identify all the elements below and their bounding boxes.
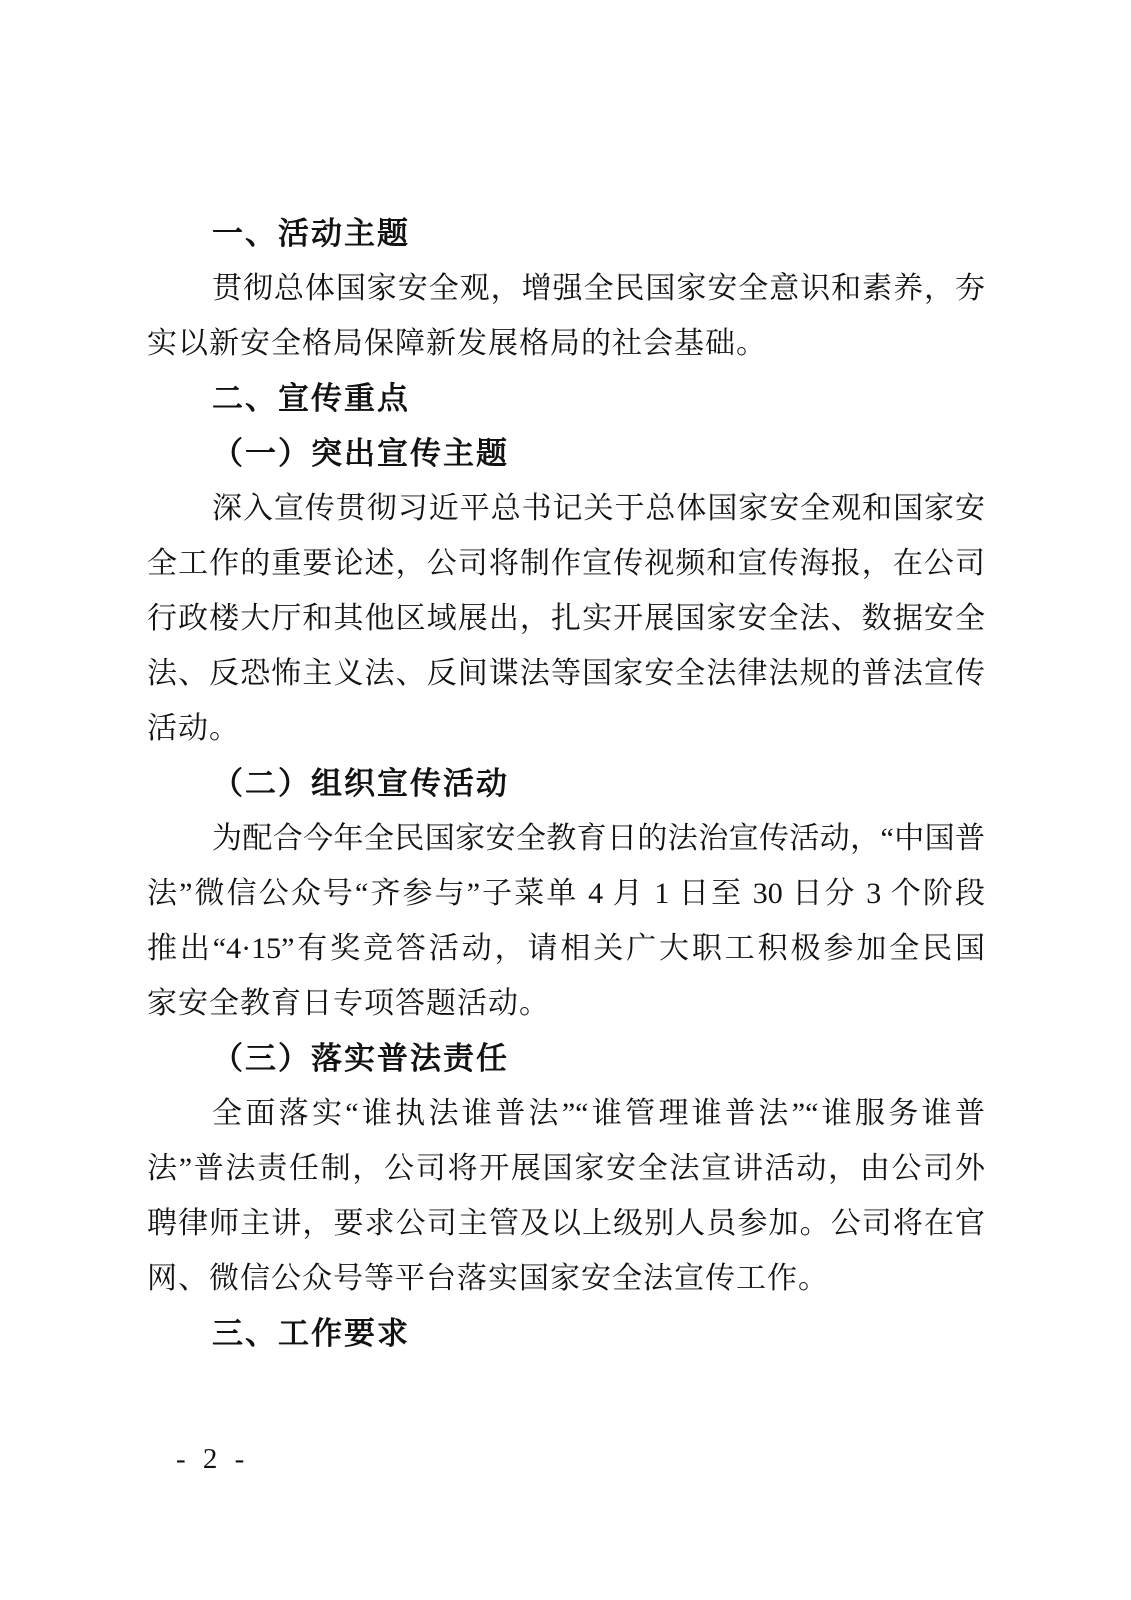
text-line: 贯彻总体国家安全观，增强全民国家安全意识和素养，夯 [147,261,985,316]
text-line: 法”普法责任制，公司将开展国家安全法宣讲活动，由公司外 [147,1141,985,1196]
paragraph: 贯彻总体国家安全观，增强全民国家安全意识和素养，夯实以新安全格局保障新发展格局的… [147,261,985,371]
text-line: 为配合今年全民国家安全教育日的法治宣传活动，“中国普 [147,811,985,866]
paragraph: 为配合今年全民国家安全教育日的法治宣传活动，“中国普法”微信公众号“齐参与”子菜… [147,811,985,1031]
text-line: 实以新安全格局保障新发展格局的社会基础。 [147,316,985,371]
sub-section-heading: （二）组织宣传活动 [147,756,985,811]
section-heading: 一、活动主题 [147,206,985,261]
document-page: 一、活动主题贯彻总体国家安全观，增强全民国家安全意识和素养，夯实以新安全格局保障… [0,0,1131,1600]
text-line: 深入宣传贯彻习近平总书记关于总体国家安全观和国家安 [147,481,985,536]
sub-section-heading: （三）落实普法责任 [147,1031,985,1086]
paragraph: 全面落实“谁执法谁普法”“谁管理谁普法”“谁服务谁普法”普法责任制，公司将开展国… [147,1086,985,1306]
document-body: 一、活动主题贯彻总体国家安全观，增强全民国家安全意识和素养，夯实以新安全格局保障… [147,206,985,1361]
text-line: 行政楼大厅和其他区域展出，扎实开展国家安全法、数据安全 [147,591,985,646]
section-heading: 三、工作要求 [147,1306,985,1361]
text-line: 法、反恐怖主义法、反间谍法等国家安全法律法规的普法宣传 [147,646,985,701]
text-line: 全工作的重要论述，公司将制作宣传视频和宣传海报，在公司 [147,536,985,591]
sub-section-heading: （一）突出宣传主题 [147,426,985,481]
text-line: 法”微信公众号“齐参与”子菜单 4 月 1 日至 30 日分 3 个阶段 [147,866,985,921]
page-number: - 2 - [176,1442,249,1476]
text-line: 家安全教育日专项答题活动。 [147,976,985,1031]
text-line: 网、微信公众号等平台落实国家安全法宣传工作。 [147,1251,985,1306]
paragraph: 深入宣传贯彻习近平总书记关于总体国家安全观和国家安全工作的重要论述，公司将制作宣… [147,481,985,756]
text-line: 活动。 [147,701,985,756]
section-heading: 二、宣传重点 [147,371,985,426]
text-line: 全面落实“谁执法谁普法”“谁管理谁普法”“谁服务谁普 [147,1086,985,1141]
text-line: 推出“4·15”有奖竞答活动，请相关广大职工积极参加全民国 [147,921,985,976]
text-line: 聘律师主讲，要求公司主管及以上级别人员参加。公司将在官 [147,1196,985,1251]
